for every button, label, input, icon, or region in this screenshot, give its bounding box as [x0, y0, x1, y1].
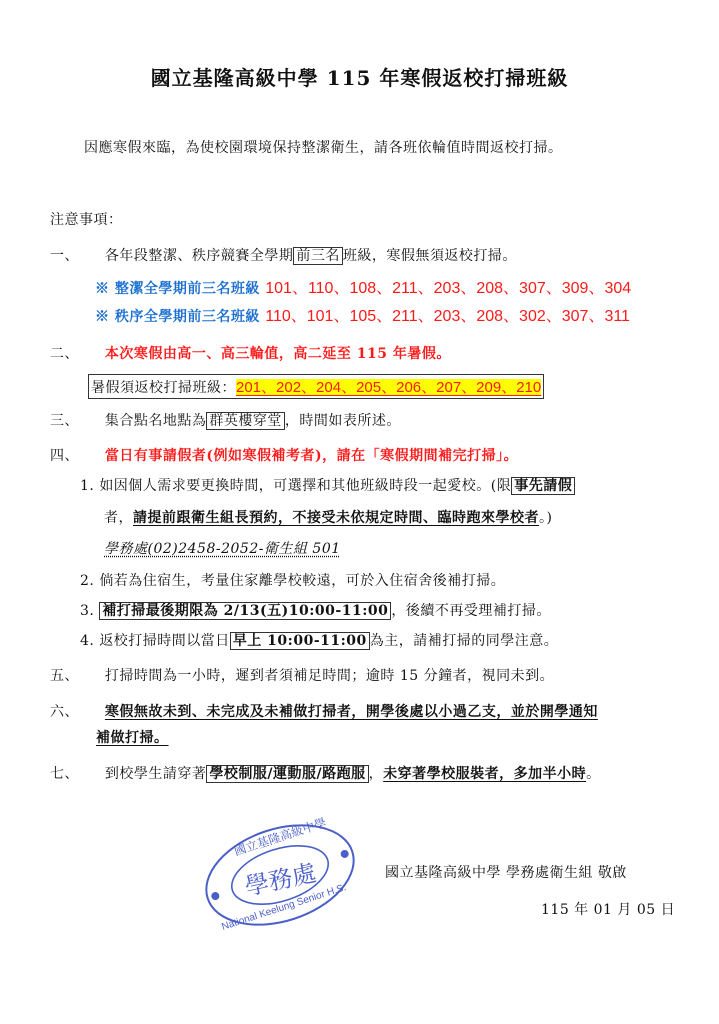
- item-four: 四、 當日有事請假者(例如寒假補考者)，請在「寒假期間補完打掃」。: [50, 445, 518, 465]
- boxed-advance-leave: 事先請假: [511, 477, 575, 495]
- item-marker: 五、: [50, 668, 79, 684]
- sub-number: 2.: [80, 573, 94, 589]
- item-seven: 七、 到校學生請穿著學校制服/運動服/路跑服，未穿著學校服裝者，多加半小時。: [50, 763, 601, 783]
- item-four-sub1-line2: 者，請提前跟衛生組長預約，不接受未依規定時間、臨時跑來學校者。): [104, 507, 552, 527]
- cleanliness-label: ※ 整潔全學期前三名班級: [95, 281, 260, 297]
- sub-number: 3.: [80, 603, 94, 619]
- boxed-location: 群英樓穿堂: [206, 412, 285, 430]
- summer-classes-box: 暑假須返校打掃班級：201、202、204、205、206、207、209、21…: [88, 374, 544, 399]
- item-three: 三、 集合點名地點為群英樓穿堂，時間如表所述。: [50, 410, 401, 430]
- signature-org: 國立基隆高級中學 學務處衛生組 敬啟: [385, 862, 627, 882]
- summer-classes: 201、202、204、205、206、207、209、210: [236, 379, 541, 396]
- boxed-time: 早上 10:00-11:00: [230, 632, 370, 650]
- intro-paragraph: 因應寒假來臨，為使校園環境保持整潔衛生，請各班依輪值時間返校打掃。: [84, 137, 563, 157]
- boxed-uniform: 學校制服/運動服/路跑服: [206, 765, 368, 783]
- order-classes: 110、101、105、211、203、208、302、307、311: [265, 308, 630, 325]
- item-four-sub1: 1. 如因個人需求要更換時間，可選擇和其他班級時段一起愛校。(限事先請假: [80, 475, 575, 495]
- item-marker: 四、: [50, 448, 79, 464]
- sub-number: 1.: [80, 478, 94, 494]
- order-label: ※ 秩序全學期前三名班級: [95, 309, 260, 325]
- boxed-deadline: 補打掃最後期限為 2/13(五)10:00-11:00: [99, 602, 391, 620]
- item-marker: 一、: [50, 248, 79, 264]
- sub-number: 4.: [80, 633, 94, 649]
- item-marker: 七、: [50, 766, 79, 782]
- item-six-line2: 補做打掃。: [96, 727, 169, 747]
- cleanliness-classes: 101、110、108、211、203、208、307、309、304: [265, 280, 631, 297]
- item-five: 五、 打掃時間為一小時，遲到者須補足時間；逾時 15 分鐘者，視同未到。: [50, 665, 554, 685]
- notes-heading: 注意事項：: [50, 209, 123, 229]
- item-four-sub3: 3. 補打掃最後期限為 2/13(五)10:00-11:00，後續不再受理補打掃…: [80, 600, 551, 620]
- item-marker: 三、: [50, 413, 79, 429]
- contact-info: 學務處(02)2458-2052-衛生組 501: [104, 538, 341, 558]
- item-six: 六、 寒假無故未到、未完成及未補做打掃者，開學後處以小過乙支，並於開學通知: [50, 701, 598, 721]
- document-title: 國立基隆高級中學 115 年寒假返校打掃班級: [0, 62, 719, 91]
- signature-date: 115 年 01 月 05 日: [541, 899, 675, 919]
- boxed-top-three: 前三名: [293, 247, 343, 265]
- order-top-classes: ※ 秩序全學期前三名班級 110、101、105、211、203、208、302…: [95, 303, 630, 326]
- summer-label: 暑假須返校打掃班級：: [91, 380, 236, 396]
- item-one: 一、 各年段整潔、秩序競賽全學期前三名班級，寒假無須返校打掃。: [50, 245, 517, 265]
- cleanliness-top-classes: ※ 整潔全學期前三名班級 101、110、108、211、203、208、307…: [95, 275, 631, 298]
- office-seal-stamp: 國立基隆高級中學 學務處 National Keelung Senior H.S…: [200, 820, 360, 930]
- item-two: 二、 本次寒假由高一、高三輪值，高二延至 115 年暑假。: [50, 343, 451, 363]
- item-marker: 二、: [50, 346, 79, 362]
- item-four-sub2: 2. 倘若為住宿生，考量住家離學校較遠，可於入住宿舍後補打掃。: [80, 570, 505, 590]
- item-marker: 六、: [50, 704, 79, 720]
- item-four-sub4: 4. 返校打掃時間以當日早上 10:00-11:00為主，請補打掃的同學注意。: [80, 630, 558, 650]
